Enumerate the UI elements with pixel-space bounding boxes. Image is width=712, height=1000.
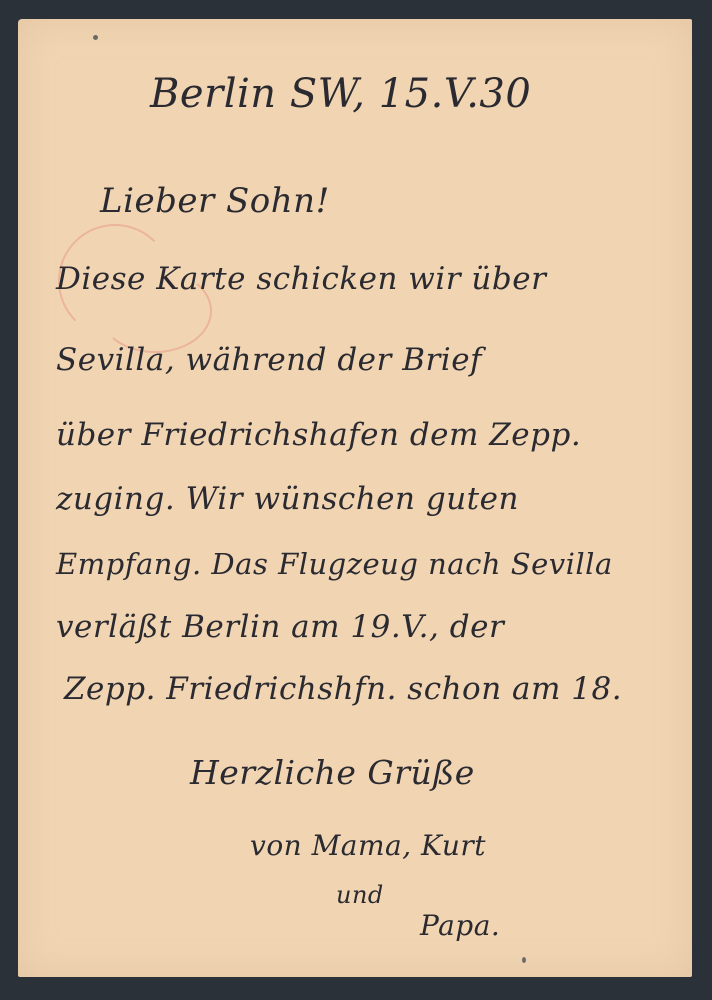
postcard: Berlin SW, 15.V.30 Lieber Sohn! Diese Ka… <box>18 19 692 977</box>
closing-and: und <box>336 881 384 909</box>
closing-greeting: Herzliche Grüße <box>190 753 475 792</box>
body-line-4: zuging. Wir wünschen guten <box>56 481 519 517</box>
body-line-6: verläßt Berlin am 19.V., der <box>56 609 504 645</box>
body-line-5: Empfang. Das Flugzeug nach Sevilla <box>56 547 613 581</box>
salutation: Lieber Sohn! <box>100 181 330 221</box>
closing-from: von Mama, Kurt <box>250 829 486 862</box>
closing-signature: Papa. <box>420 909 500 942</box>
ink-speck <box>522 957 526 963</box>
place-date: Berlin SW, 15.V.30 <box>150 71 531 117</box>
body-line-7: Zepp. Friedrichshfn. schon am 18. <box>64 671 622 707</box>
body-line-1: Diese Karte schicken wir über <box>56 261 546 297</box>
body-line-2: Sevilla, während der Brief <box>56 342 482 378</box>
body-line-3: über Friedrichshafen dem Zepp. <box>56 417 581 453</box>
ink-speck <box>93 35 98 40</box>
